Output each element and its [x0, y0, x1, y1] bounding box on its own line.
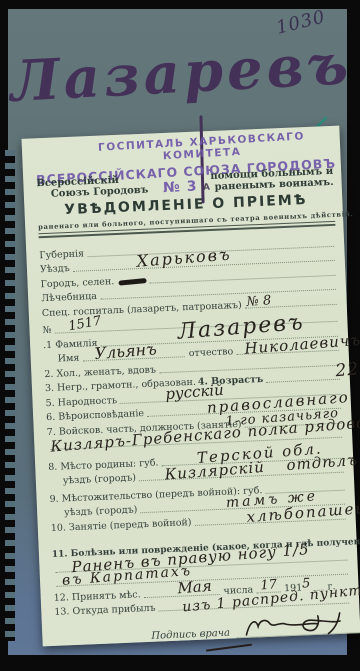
- handwritten-imya: Ульянъ: [94, 341, 157, 362]
- admission-card: ГОСПИТАЛЬ ХАРЬКОВСКАГО КОМИТЕТА ВСЕРОССІ…: [22, 126, 360, 647]
- handwritten-age: 22 года: [335, 358, 360, 381]
- perforated-edge: [5, 150, 15, 641]
- org-left: Всероссійскій Союзъ Городовъ: [36, 174, 148, 201]
- handwritten-spets-value: № 8: [246, 294, 272, 309]
- org-right: помощи больнымъ и раненымъ воинамъ.: [210, 166, 334, 193]
- field-podpis-vracha: Подпись врача: [55, 611, 353, 645]
- handwritten-uezd-value: Харьковъ: [136, 247, 232, 270]
- form-rows: Губернія Уѣздъ Харьковъ Городъ, селен. Л…: [39, 234, 353, 656]
- handwritten-month: Мая: [177, 578, 212, 596]
- doctor-signature-scribble: [239, 608, 360, 643]
- ink-blot: [118, 278, 146, 286]
